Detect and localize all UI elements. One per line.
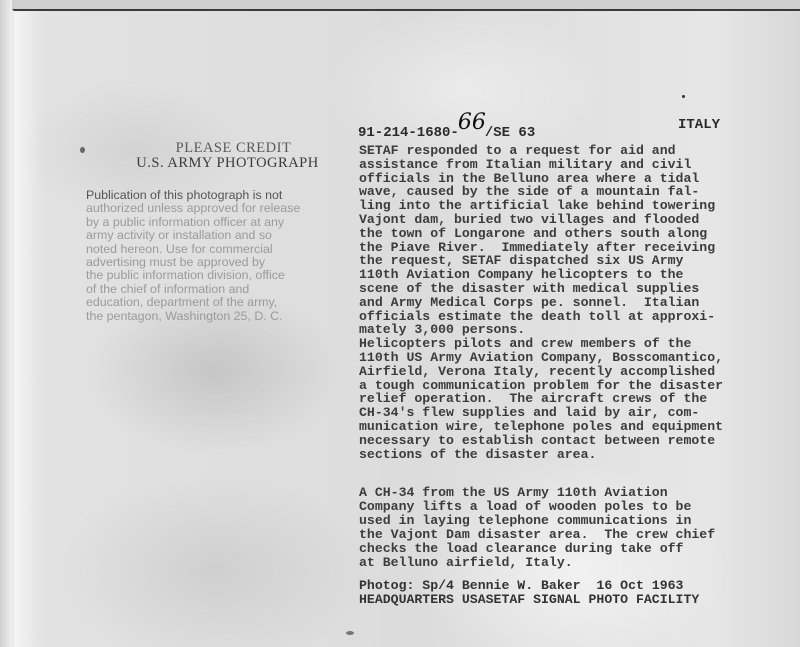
notice-line: by a public information officer at any xyxy=(86,216,354,229)
body-line: the Piave River. Immediately after recei… xyxy=(359,241,754,255)
body-line: munication wire, telephone poles and equ… xyxy=(359,420,754,434)
body-line: wave, caused by the side of a mountain f… xyxy=(359,185,754,199)
scan-edge xyxy=(0,0,12,647)
credit-stamp-line1: PLEASE CREDIT xyxy=(120,141,335,156)
caption-line: Company lifts a load of wooden poles to … xyxy=(359,500,754,514)
body-line: scene of the disaster with medical suppl… xyxy=(359,282,754,296)
body-line: officials estimate the death toll at app… xyxy=(359,310,754,324)
ref-suffix: /SE 63 xyxy=(485,125,535,141)
body-line: officials in the Belluno area where a ti… xyxy=(359,172,754,186)
notice-line: Publication of this photograph is not xyxy=(86,189,354,202)
body-line: ling into the artificial lake behind tow… xyxy=(359,199,754,213)
ink-speck xyxy=(80,147,85,153)
notice-line: authorized unless approved for release xyxy=(86,202,354,215)
caption-line: the Vajont Dam disaster area. The crew c… xyxy=(359,528,754,542)
notice-line: advertising must be approved by xyxy=(86,256,354,269)
ref-prefix: 91-214-1680- xyxy=(358,125,459,141)
caption-line: checks the load clearance during take of… xyxy=(359,542,754,556)
byline: Photog: Sp/4 Bennie W. Baker 16 Oct 1963… xyxy=(359,579,754,606)
body-line: 110th US Army Aviation Company, Bosscoma… xyxy=(359,351,754,365)
body-line: a tough communication problem for the di… xyxy=(359,379,754,393)
body-line: necessary to establish contact between r… xyxy=(359,434,754,448)
notice-line: education, department of the army, xyxy=(86,296,354,309)
photo-caption: A CH-34 from the US Army 110th Aviation … xyxy=(359,486,754,569)
facility-line: HEADQUARTERS USASETAF SIGNAL PHOTO FACIL… xyxy=(359,593,754,607)
caption-line: at Belluno airfield, Italy. xyxy=(359,556,754,570)
credit-stamp: PLEASE CREDIT U.S. ARMY PHOTOGRAPH xyxy=(120,141,335,171)
reference-header: 91-214-1680-66/SE 63 ITALY xyxy=(358,117,720,142)
ink-speck xyxy=(346,631,354,635)
body-line: Airfield, Verona Italy, recently accompl… xyxy=(359,365,754,379)
credit-stamp-line2: U.S. ARMY PHOTOGRAPH xyxy=(120,156,335,171)
ref-handwritten-number: 66 xyxy=(458,110,486,135)
body-line: the request, SETAF dispatched six US Arm… xyxy=(359,254,754,268)
notice-line: the public information division, office xyxy=(86,269,354,282)
notice-line: the pentagon, Washington 25, D. C. xyxy=(86,310,354,323)
notice-line: noted hereon. Use for commercial xyxy=(86,243,354,256)
publication-notice: Publication of this photograph is not au… xyxy=(86,189,354,323)
caption-line: used in laying telephone communications … xyxy=(359,514,754,528)
body-line: and Army Medical Corps pe. sonnel. Itali… xyxy=(359,296,754,310)
notice-line: of the chief of information and xyxy=(86,283,354,296)
body-text: SETAF responded to a request for aid and… xyxy=(359,144,754,461)
ink-speck xyxy=(682,95,685,98)
body-line: relief operation. The aircraft crews of … xyxy=(359,392,754,406)
body-line: sections of the disaster area. xyxy=(359,448,754,462)
notice-line: army activity or installation and so xyxy=(86,229,354,242)
body-line: SETAF responded to a request for aid and xyxy=(359,144,754,158)
caption-line: A CH-34 from the US Army 110th Aviation xyxy=(359,486,754,500)
body-line: Vajont dam, buried two villages and floo… xyxy=(359,213,754,227)
body-line: Helicopters pilots and crew members of t… xyxy=(359,337,754,351)
body-line: the town of Longarone and others south a… xyxy=(359,227,754,241)
country-label: ITALY xyxy=(678,117,720,133)
photographer-line: Photog: Sp/4 Bennie W. Baker 16 Oct 1963 xyxy=(359,579,754,593)
body-line: assistance from Italian military and civ… xyxy=(359,158,754,172)
body-line: mately 3,000 persons. xyxy=(359,323,754,337)
body-line: CH-34's flew supplies and laid by air, c… xyxy=(359,406,754,420)
body-line: 110th Aviation Company helicopters to th… xyxy=(359,268,754,282)
